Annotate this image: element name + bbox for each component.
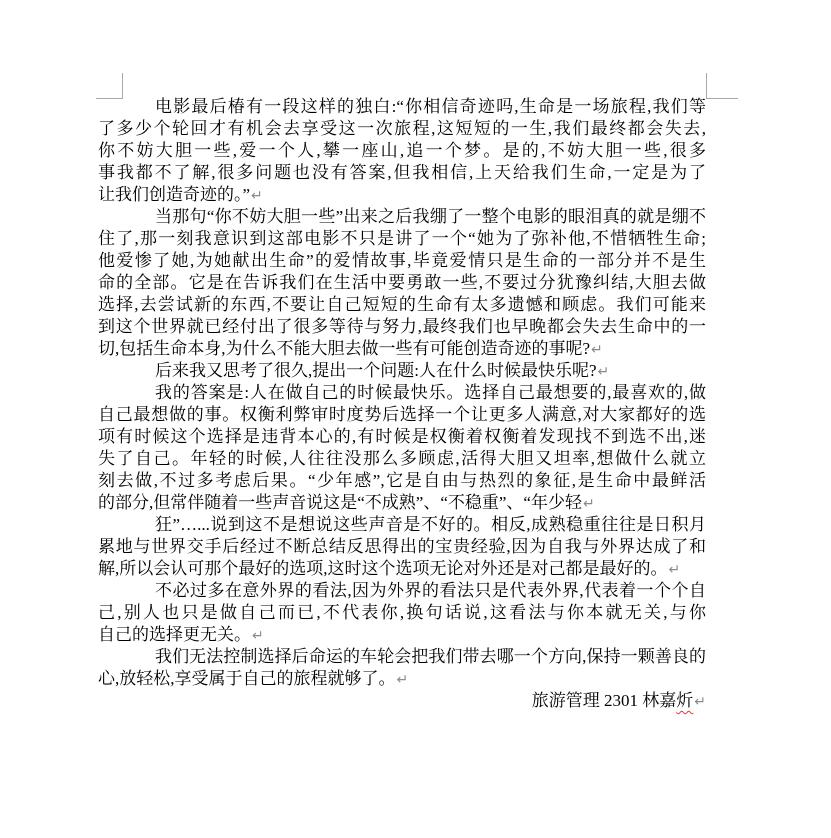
paragraph: 我的答案是:人在做自己的时候最快乐。选择自己最想要的,最喜欢的,做自己最想做的事… [98,382,706,514]
text-line: 的部分,但常伴随着一些声音说这是“不成熟”、“不稳重”、“年少轻↵ [98,492,706,514]
text-line: 项有时候这个选择是违背本心的,有时候是权衡着权衡着发现找不到选不出,迷 [98,426,706,448]
paragraph-mark-icon: ↵ [590,342,603,358]
text-line: 狂”…...说到这不是想说这些声音是不好的。相反,成熟稳重往往是日积月 [98,514,706,536]
crop-mark-top-right-horizontal [706,98,738,99]
paragraph-mark-icon: ↵ [668,562,681,578]
paragraphs-container: 电影最后椿有一段这样的独白:“你相信奇迹吗,生命是一场旅程,我们等了多少个轮回才… [98,96,706,690]
paragraph: 不必过多在意外界的看法,因为外界的看法只是代表外界,代表着一个个自己,别人也只是… [98,580,706,646]
text-line: 失了自己。年轻的时候,人往往没那么多顾虑,活得大胆又坦率,想做什么就立 [98,448,706,470]
text-line: 你不妨大胆一些,爱一个人,攀一座山,追一个梦。是的,不妨大胆一些,很多 [98,140,706,162]
text-line: 到这个世界就已经付出了很多等待与努力,最终我们也早晚都会失去生命中的一 [98,316,706,338]
crop-mark-top-right-vertical [706,73,707,99]
paragraph: 狂”…...说到这不是想说这些声音是不好的。相反,成熟稳重往往是日积月累地与世界… [98,514,706,580]
text-line: 住了,那一刻我意识到这部电影不只是讲了一个“她为了弥补他,不惜牺牲生命; [98,228,706,250]
document-text-area[interactable]: 电影最后椿有一段这样的独白:“你相信奇迹吗,生命是一场旅程,我们等了多少个轮回才… [98,96,706,712]
signature-line: 旅游管理 2301 林嘉炘↵ [98,690,706,712]
paragraph: 我们无法控制选择后命运的车轮会把我们带去哪一个方向,保持一颗善良的心,放轻松,享… [98,646,706,690]
text-line: 选择,去尝试新的东西,不要让自己短短的生命有太多遗憾和顾虑。我们可能来 [98,294,706,316]
text-line: 后来我又思考了很久,提出一个问题:人在什么时候最快乐呢?↵ [98,360,706,382]
text-line: 事我都不了解,很多问题也没有答案,但我相信,上天给我们生命,一定是为了 [98,162,706,184]
text-line: 了多少个轮回才有机会去享受这一次旅程,这短短的一生,我们最终都会失去, [98,118,706,140]
signature-flagged-word: 炘 [676,691,693,710]
paragraph-mark-icon: ↵ [693,694,706,710]
text-line: 我的答案是:人在做自己的时候最快乐。选择自己最想要的,最喜欢的,做 [98,382,706,404]
document-page: 电影最后椿有一段这样的独白:“你相信奇迹吗,生命是一场旅程,我们等了多少个轮回才… [0,0,831,838]
paragraph-mark-icon: ↵ [250,188,263,204]
text-line: 己,别人也只是做自己而已,不代表你,换句话说,这看法与你本就无关,与你 [98,602,706,624]
paragraph-mark-icon: ↵ [251,628,264,644]
signature-text: 旅游管理 2301 林嘉 [532,691,677,710]
text-line: 自己最想做的事。权衡利弊审时度势后选择一个让更多人满意,对大家都好的选 [98,404,706,426]
text-line: 不必过多在意外界的看法,因为外界的看法只是代表外界,代表着一个个自 [98,580,706,602]
text-line: 命的全部。它是在告诉我们在生活中要勇敢一些,不要过分犹豫纠结,大胆去做 [98,272,706,294]
text-line: 切,包括生命本身,为什么不能大胆去做一些有可能创造奇迹的事呢?↵ [98,338,706,360]
text-line: 心,放轻松,享受属于自己的旅程就够了。↵ [98,668,706,690]
text-line: 他爱惨了她,为她献出生命”的爱情故事,毕竟爱情只是生命的一部分并不是生 [98,250,706,272]
paragraph-mark-icon: ↵ [582,496,595,512]
text-line: 解,所以会认可那个最好的选项,这时这个选项无论对外还是对己都是最好的。↵ [98,558,706,580]
paragraph: 当那句“你不妨大胆一些”出来之后我绷了一整个电影的眼泪真的就是绷不住了,那一刻我… [98,206,706,360]
text-line: 自己的选择更无关。↵ [98,624,706,646]
paragraph-mark-icon: ↵ [597,364,610,380]
text-line: 电影最后椿有一段这样的独白:“你相信奇迹吗,生命是一场旅程,我们等 [98,96,706,118]
paragraph: 电影最后椿有一段这样的独白:“你相信奇迹吗,生命是一场旅程,我们等了多少个轮回才… [98,96,706,206]
text-line: 当那句“你不妨大胆一些”出来之后我绷了一整个电影的眼泪真的就是绷不 [98,206,706,228]
paragraph: 后来我又思考了很久,提出一个问题:人在什么时候最快乐呢?↵ [98,360,706,382]
text-line: 刻去做,不过多考虑后果。“少年感”,它是自由与热烈的象征,是生命中最鲜活 [98,470,706,492]
text-line: 累地与世界交手后经过不断总结反思得出的宝贵经验,因为自我与外界达成了和 [98,536,706,558]
text-line: 让我们创造奇迹的。”↵ [98,184,706,206]
paragraph-mark-icon: ↵ [396,672,409,688]
text-line: 我们无法控制选择后命运的车轮会把我们带去哪一个方向,保持一颗善良的 [98,646,706,668]
